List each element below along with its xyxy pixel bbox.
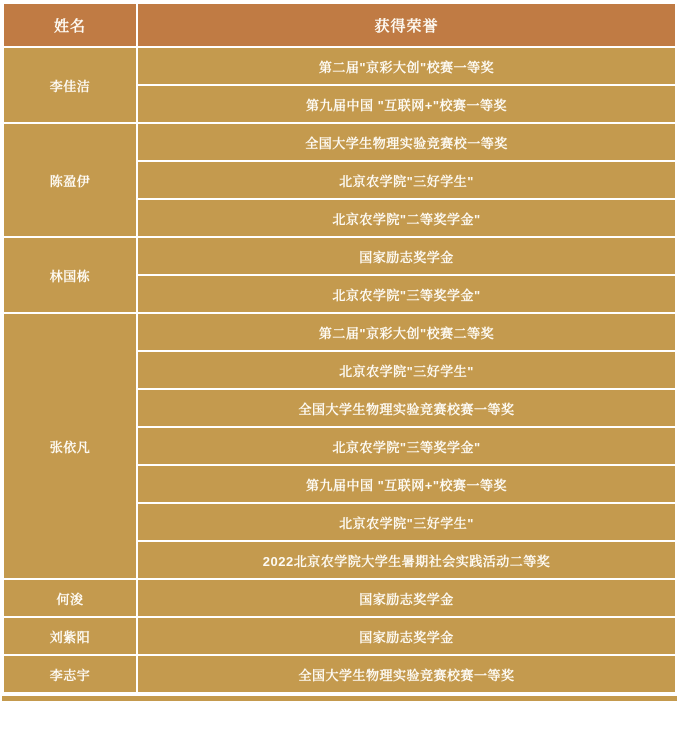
student-name-cell: 陈盈伊 [3, 123, 137, 237]
honor-cell: 第九届中国 "互联网+"校赛一等奖 [137, 85, 676, 123]
honor-cell: 北京农学院"三好学生" [137, 161, 676, 199]
honor-row: 李志宇全国大学生物理实验竞赛校赛一等奖 [3, 655, 676, 693]
honor-row: 何浚国家励志奖学金 [3, 579, 676, 617]
header-cell-name: 姓名 [3, 3, 137, 47]
honor-cell: 国家励志奖学金 [137, 617, 676, 655]
honor-cell: 全国大学生物理实验竞赛校赛一等奖 [137, 389, 676, 427]
student-name-cell: 李佳洁 [3, 47, 137, 123]
student-name-cell: 张依凡 [3, 313, 137, 579]
honor-cell: 国家励志奖学金 [137, 237, 676, 275]
honor-cell: 第二届"京彩大创"校赛一等奖 [137, 47, 676, 85]
student-name-cell: 林国栋 [3, 237, 137, 313]
honor-cell: 全国大学生物理实验竞赛校一等奖 [137, 123, 676, 161]
student-name-cell: 刘紫阳 [3, 617, 137, 655]
honor-cell: 第二届"京彩大创"校赛二等奖 [137, 313, 676, 351]
honor-cell: 北京农学院"三好学生" [137, 503, 676, 541]
honor-cell: 北京农学院"三等奖学金" [137, 427, 676, 465]
honor-cell: 北京农学院"三好学生" [137, 351, 676, 389]
student-name-cell: 李志宇 [3, 655, 137, 693]
honors-table: 姓名 获得荣誉 李佳洁第二届"京彩大创"校赛一等奖第九届中国 "互联网+"校赛一… [2, 2, 677, 694]
honor-cell: 北京农学院"二等奖学金" [137, 199, 676, 237]
honor-row: 李佳洁第二届"京彩大创"校赛一等奖 [3, 47, 676, 85]
honors-table-body: 李佳洁第二届"京彩大创"校赛一等奖第九届中国 "互联网+"校赛一等奖陈盈伊全国大… [3, 47, 676, 693]
honor-cell: 全国大学生物理实验竞赛校赛一等奖 [137, 655, 676, 693]
honor-cell: 国家励志奖学金 [137, 579, 676, 617]
header-cell-honor: 获得荣誉 [137, 3, 676, 47]
honor-cell: 第九届中国 "互联网+"校赛一等奖 [137, 465, 676, 503]
honor-cell: 北京农学院"三等奖学金" [137, 275, 676, 313]
honor-row: 张依凡第二届"京彩大创"校赛二等奖 [3, 313, 676, 351]
honor-row: 林国栋国家励志奖学金 [3, 237, 676, 275]
honor-row: 陈盈伊全国大学生物理实验竞赛校一等奖 [3, 123, 676, 161]
header-row: 姓名 获得荣誉 [3, 3, 676, 47]
honors-table-page: 姓名 获得荣誉 李佳洁第二届"京彩大创"校赛一等奖第九届中国 "互联网+"校赛一… [0, 0, 679, 733]
honor-row: 刘紫阳国家励志奖学金 [3, 617, 676, 655]
student-name-cell: 何浚 [3, 579, 137, 617]
table-bottom-edge [2, 696, 677, 701]
honor-cell: 2022北京农学院大学生暑期社会实践活动二等奖 [137, 541, 676, 579]
